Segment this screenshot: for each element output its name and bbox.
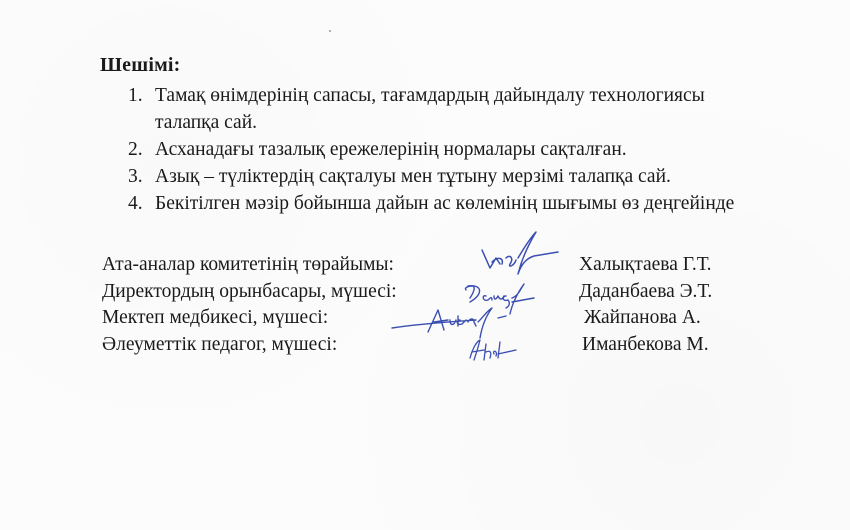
item-number: 4. — [128, 190, 143, 217]
item-number: 3. — [128, 163, 143, 190]
item-number: 1. — [128, 82, 143, 109]
signature-row-chair: Ата-аналар комитетінің төрайымы: Халықта… — [102, 252, 742, 279]
signatory-role: Директордың орынбасары, мүшесі: — [102, 279, 397, 306]
signatory-role: Мектеп медбикесі, мүшесі: — [102, 305, 328, 332]
signatory-name: Иманбекова М. — [582, 332, 709, 359]
signatory-name: Жайпанова А. — [584, 305, 701, 332]
signatory-role: Әлеуметтік педагог, мүшесі: — [102, 332, 337, 359]
decision-item-4: 4. Бекітілген мәзір бойынша дайын ас көл… — [128, 190, 734, 217]
signatory-name: Халықтаева Г.Т. — [579, 252, 712, 279]
signature-row-nurse: Мектеп медбикесі, мүшесі: Жайпанова А. — [102, 305, 742, 332]
decision-item-1: 1. Тамақ өнімдерінің сапасы, тағамдардың… — [128, 82, 734, 136]
decision-list: 1. Тамақ өнімдерінің сапасы, тағамдардың… — [128, 82, 734, 217]
item-text-line-1: Асханадағы тазалық ережелерінің нормалар… — [155, 136, 734, 163]
signature-row-social-pedagogue: Әлеуметтік педагог, мүшесі: Иманбекова М… — [102, 332, 742, 359]
item-text-line-2: талапқа сай. — [155, 109, 734, 136]
decision-heading: Шешімі: — [100, 54, 181, 77]
item-text-line-1: Тамақ өнімдерінің сапасы, тағамдардың да… — [155, 82, 734, 109]
scanned-document-page: Шешімі: 1. Тамақ өнімдерінің сапасы, тағ… — [0, 0, 850, 530]
item-number: 2. — [128, 136, 143, 163]
signatory-name: Даданбаева Э.Т. — [579, 279, 712, 306]
signature-row-deputy-director: Директордың орынбасары, мүшесі: Даданбае… — [102, 279, 742, 306]
signature-block: Ата-аналар комитетінің төрайымы: Халықта… — [102, 252, 742, 358]
scan-speck — [329, 30, 331, 32]
item-text-line-1: Бекітілген мәзір бойынша дайын ас көлемі… — [155, 190, 734, 217]
decision-item-3: 3. Азық – түліктердің сақталуы мен тұтын… — [128, 163, 734, 190]
decision-item-2: 2. Асханадағы тазалық ережелерінің норма… — [128, 136, 734, 163]
signatory-role: Ата-аналар комитетінің төрайымы: — [102, 252, 394, 279]
item-text-line-1: Азық – түліктердің сақталуы мен тұтыну м… — [155, 163, 734, 190]
